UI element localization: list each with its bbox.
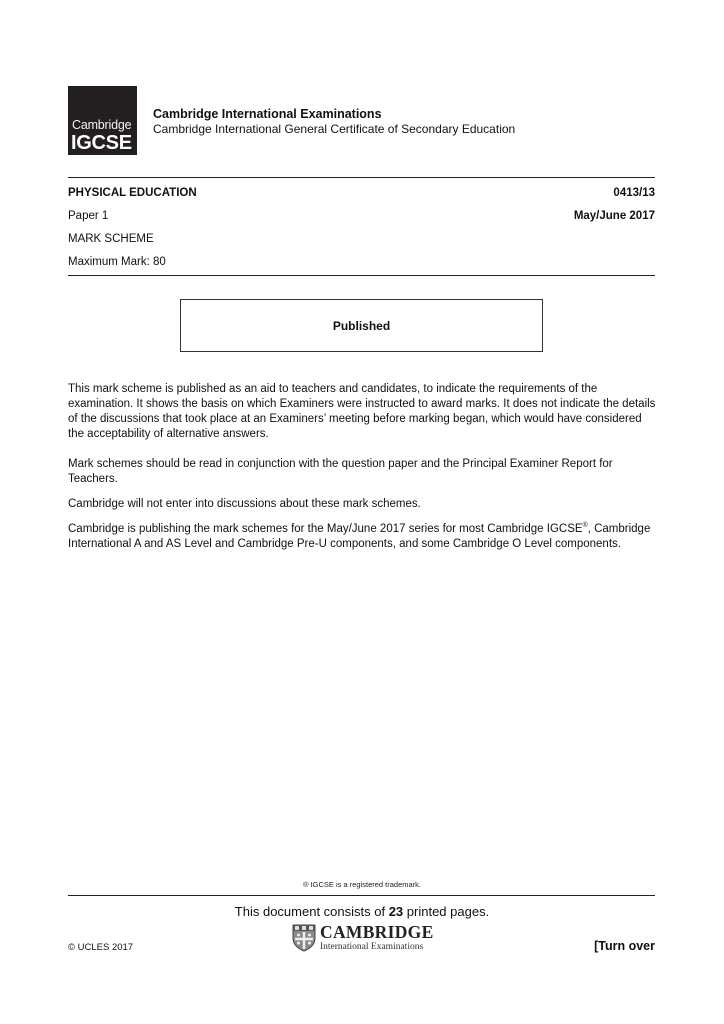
paper-number: Paper 1 [68,210,108,222]
logo-igcse-text: IGCSE [71,132,132,155]
consists-prefix: This document consists of [235,904,389,919]
turn-over-label: [Turn over [594,939,655,953]
brand-name: CAMBRIDGE [320,924,434,942]
bottom-rule [68,275,655,276]
consists-suffix: printed pages. [403,904,489,919]
syllabus-code: 0413/13 [613,187,655,199]
cambridge-crest-icon [292,924,316,952]
brand-subtitle: International Examinations [320,943,434,953]
footer-rule [68,895,655,896]
maximum-mark: Maximum Mark: 80 [68,256,166,268]
igcse-logo: Cambridge IGCSE [68,86,137,155]
subject-title: PHYSICAL EDUCATION [68,187,197,199]
paragraph-4: Cambridge is publishing the mark schemes… [68,522,660,552]
publishing-paragraph: Cambridge is publishing the mark schemes… [68,522,660,552]
intro-paragraph: This mark scheme is published as an aid … [68,382,660,442]
page-count-statement: This document consists of 23 printed pag… [0,904,724,919]
org-subtitle: Cambridge International General Certific… [153,122,515,136]
paragraph-4-text: Cambridge is publishing the mark schemes… [68,523,583,535]
paragraph-1: This mark scheme is published as an aid … [68,382,660,442]
discussions-paragraph: Cambridge will not enter into discussion… [68,497,660,512]
page-count: 23 [389,904,403,919]
copyright: © UCLES 2017 [68,942,133,953]
logo-cambridge-text: Cambridge [72,118,131,132]
status-box: Published [180,299,543,352]
document-type: MARK SCHEME [68,233,154,245]
org-title: Cambridge International Examinations [153,107,382,121]
conjunction-paragraph: Mark schemes should be read in conjuncti… [68,457,660,487]
exam-session: May/June 2017 [574,210,655,222]
top-rule [68,177,655,178]
trademark-note: ® IGCSE is a registered trademark. [0,880,724,889]
paragraph-3: Cambridge will not enter into discussion… [68,497,660,512]
status-label: Published [333,319,390,333]
cambridge-logo: CAMBRIDGE International Examinations [292,924,434,952]
paragraph-2: Mark schemes should be read in conjuncti… [68,457,660,487]
